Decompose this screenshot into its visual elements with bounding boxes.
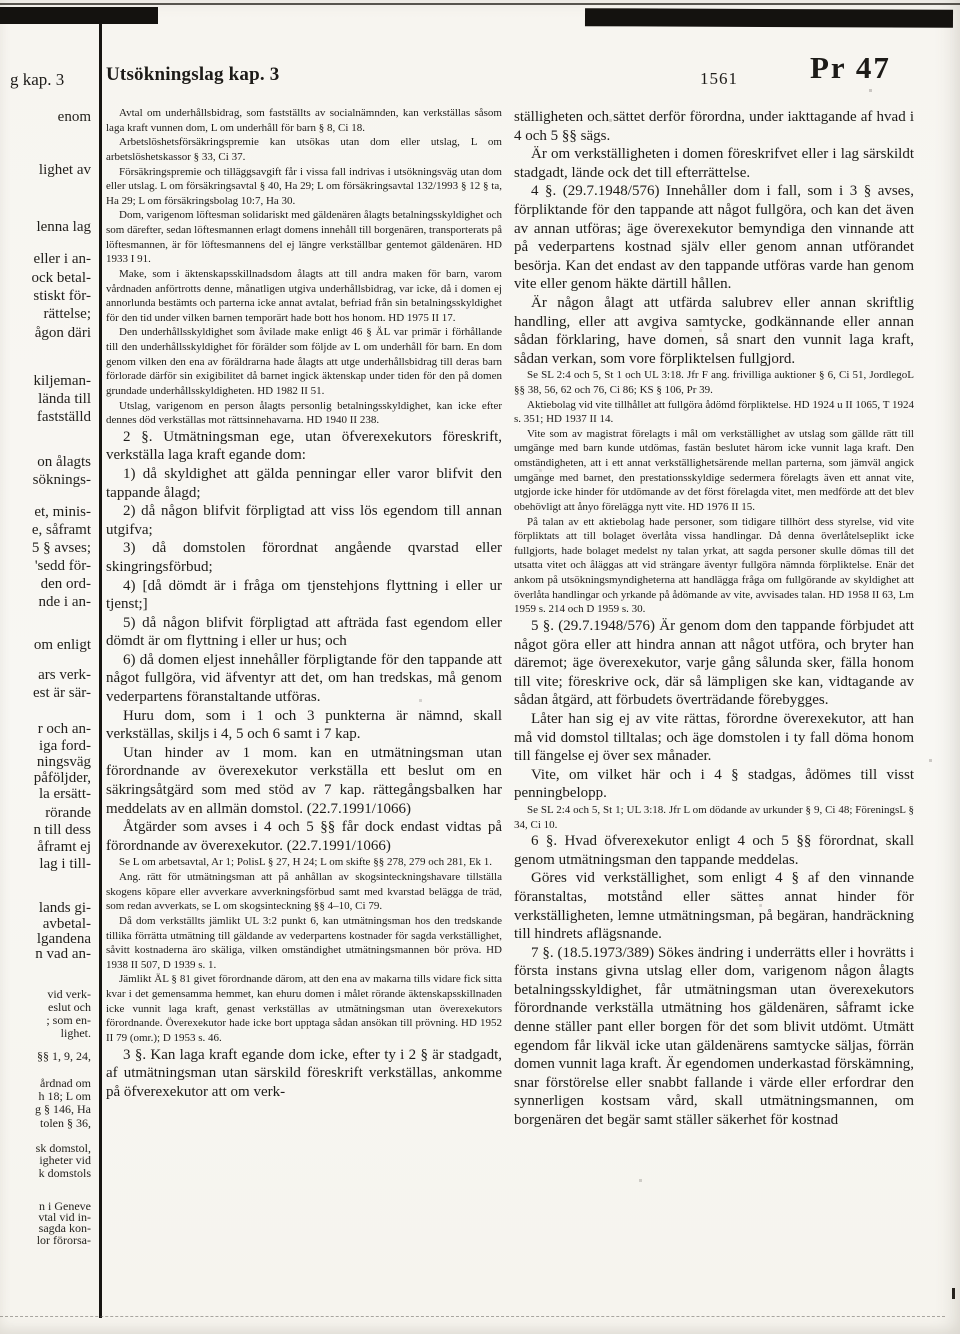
paragraph: 4 §. (29.7.1948/576) Innehåller dom i fa… [514, 182, 914, 294]
margin-note: stiskt för- [33, 289, 91, 304]
paragraph: Avtal om underhållsbidrag, som fastställ… [106, 106, 502, 135]
margin-note: eller i an- [34, 252, 91, 267]
paragraph: Jämlikt ÄL § 81 givet förordnande därom,… [106, 972, 502, 1045]
margin-note: §§ 1, 9, 24, [37, 1050, 91, 1062]
paragraph: Är någon ålagt att utfärda salubrev elle… [514, 294, 914, 368]
margin-note: ock betal- [31, 271, 91, 286]
paragraph: 5) då någon blifvit förpligtad att afträ… [106, 614, 502, 651]
paragraph: Vite som av magistrat förelagts i mål om… [514, 427, 914, 515]
margin-note: 'sedd för- [35, 559, 91, 574]
paragraph: 6 §. Hvad öfverexekutor enligt 4 och 5 §… [514, 832, 914, 869]
paragraph: 3) då domstolen förordnat angående qvars… [106, 539, 502, 576]
paragraph: Låter han sig ej av vite rättas, förordn… [514, 710, 914, 766]
margin-note: igheter vid [39, 1154, 91, 1166]
margin-note: lgandena [37, 932, 91, 947]
margin-notes-column: enomlighet avlenna lageller i an-ock bet… [0, 0, 96, 1334]
text-column-left: Avtal om underhållsbidrag, som fastställ… [106, 106, 502, 1306]
margin-note: la ersätt- [39, 787, 91, 802]
scan-artifact-topline [0, 3, 960, 5]
paragraph: Se L om arbetsavtal, Ar 1; PolisL § 27, … [106, 855, 502, 870]
margin-note: k domstols [39, 1167, 91, 1179]
margin-note: åframt ej [37, 840, 91, 855]
paragraph: 5 §. (29.7.1948/576) Är genom dom den ta… [514, 617, 914, 710]
margin-note: om enligt [34, 638, 91, 653]
column-divider-rule [99, 23, 102, 1318]
margin-note: n till dess [33, 823, 91, 838]
paragraph: Utslag, varigenom en person ålagts perso… [106, 399, 502, 428]
margin-note: lag i till- [39, 857, 91, 872]
margin-note: ningsväg [37, 755, 91, 770]
page-title: Utsökningslag kap. 3 [106, 64, 279, 86]
paragraph: 2 §. Utmätningsman ege, utan öfverexekut… [106, 428, 502, 465]
paragraph: 4) [då dömdt är i fråga om tjenstehjons … [106, 577, 502, 614]
paragraph: Se SL 2:4 och 5, St 1 och UL 3:18. Jfr F… [514, 368, 914, 397]
corner-mark: Pr 47 [810, 50, 891, 86]
margin-note: 5 § avses; [32, 541, 91, 556]
margin-note: årdnad om [40, 1077, 91, 1089]
margin-note: enom [58, 110, 91, 125]
margin-note: on ålagts [37, 455, 91, 470]
paragraph: 6) då domen eljest innehåller förpligtan… [106, 651, 502, 707]
page-number: 1561 [700, 69, 738, 89]
paragraph: 1) då skyldighet att gälda penningar ell… [106, 465, 502, 502]
margin-note: ; som en- [46, 1014, 91, 1026]
paragraph: Vite, om vilket här och i 4 § stadgas, å… [514, 766, 914, 803]
margin-note: rörande [45, 806, 91, 821]
margin-note: ars verk- [38, 668, 91, 683]
margin-note: lända till [38, 392, 91, 407]
paragraph: Aktiebolag vid vite tillhållet att fullg… [514, 398, 914, 427]
text-column-right: ställigheten och sättet derför förordna,… [514, 108, 914, 1298]
margin-note: et, minis- [34, 505, 91, 520]
paragraph: Arbetslöshetsförsäkringspremie kan utsök… [106, 135, 502, 164]
paragraph: Åtgärder som avses i 4 och 5 §§ får dock… [106, 818, 502, 855]
scan-artifact-bottom-line [0, 1316, 945, 1317]
margin-note: iga ford- [39, 739, 91, 754]
margin-note: kiljeman- [34, 374, 91, 389]
margin-note: r och an- [38, 722, 91, 737]
margin-note: vid verk- [47, 988, 91, 1000]
paragraph: ställigheten och sättet derför förordna,… [514, 108, 914, 145]
margin-note: påföljder, [34, 771, 91, 786]
paragraph: 7 §. (18.5.1973/389) Sökes ändring i und… [514, 944, 914, 1130]
margin-note: lenna lag [36, 220, 91, 235]
margin-note: avbetal- [43, 917, 91, 932]
margin-note: söknings- [33, 473, 91, 488]
paragraph: Ang. rätt för utmätningsman att på anhål… [106, 870, 502, 914]
paragraph: Dom, varigenom löftesman solidariskt med… [106, 208, 502, 267]
margin-note: lighet. [61, 1027, 91, 1039]
scan-artifact-bar-right [585, 8, 953, 28]
paragraph: Försäkringspremie och tilläggsavgift får… [106, 165, 502, 209]
margin-note: est är sär- [33, 686, 91, 701]
margin-note: lor förorsa- [37, 1234, 91, 1246]
margin-note: lighet av [39, 163, 91, 178]
paragraph: Då dom verkställts jämlikt UL 3:2 punkt … [106, 914, 502, 973]
paragraph: På talan av ett aktiebolag hade personer… [514, 515, 914, 617]
margin-note: fastställd [37, 410, 91, 425]
scan-artifact-edge-tick [952, 1288, 955, 1299]
paragraph: 2) då någon blifvit förpligtad att viss … [106, 502, 502, 539]
paragraph: Huru dom, som i 1 och 3 punkterna är näm… [106, 707, 502, 744]
paragraph: Make, som i äktenskapsskillnadsdom ålagt… [106, 267, 502, 326]
margin-note: rättelse; [44, 307, 91, 322]
scanned-book-page: g kap. 3 Utsökningslag kap. 3 1561 Pr 47… [0, 0, 960, 1334]
margin-note: tolen § 36, [40, 1117, 91, 1129]
margin-note: n vad an- [35, 947, 91, 962]
margin-note: nde i an- [39, 595, 91, 610]
paragraph: 3 §. Kan laga kraft egande dom icke, eft… [106, 1046, 502, 1102]
margin-note: ågon däri [35, 326, 91, 341]
margin-note: eslut och [48, 1001, 91, 1013]
paragraph: Se SL 2:4 och 5, St 1; UL 3:18. Jfr L om… [514, 803, 914, 832]
paragraph: Den underhållsskyldighet som åvilade mak… [106, 325, 502, 398]
margin-note: h 18; L om [38, 1090, 91, 1102]
margin-note: lands gi- [39, 901, 91, 916]
margin-note: e, såframt [32, 523, 91, 538]
margin-note: g § 146, Ha [35, 1103, 91, 1115]
paragraph: Är om verkställigheten i domen föreskrif… [514, 145, 914, 182]
paragraph: Utan hinder av 1 mom. kan en utmätningsm… [106, 744, 502, 818]
paragraph: Göres vid verkställighet, som enligt 4 §… [514, 869, 914, 943]
margin-note: den ord- [41, 577, 91, 592]
